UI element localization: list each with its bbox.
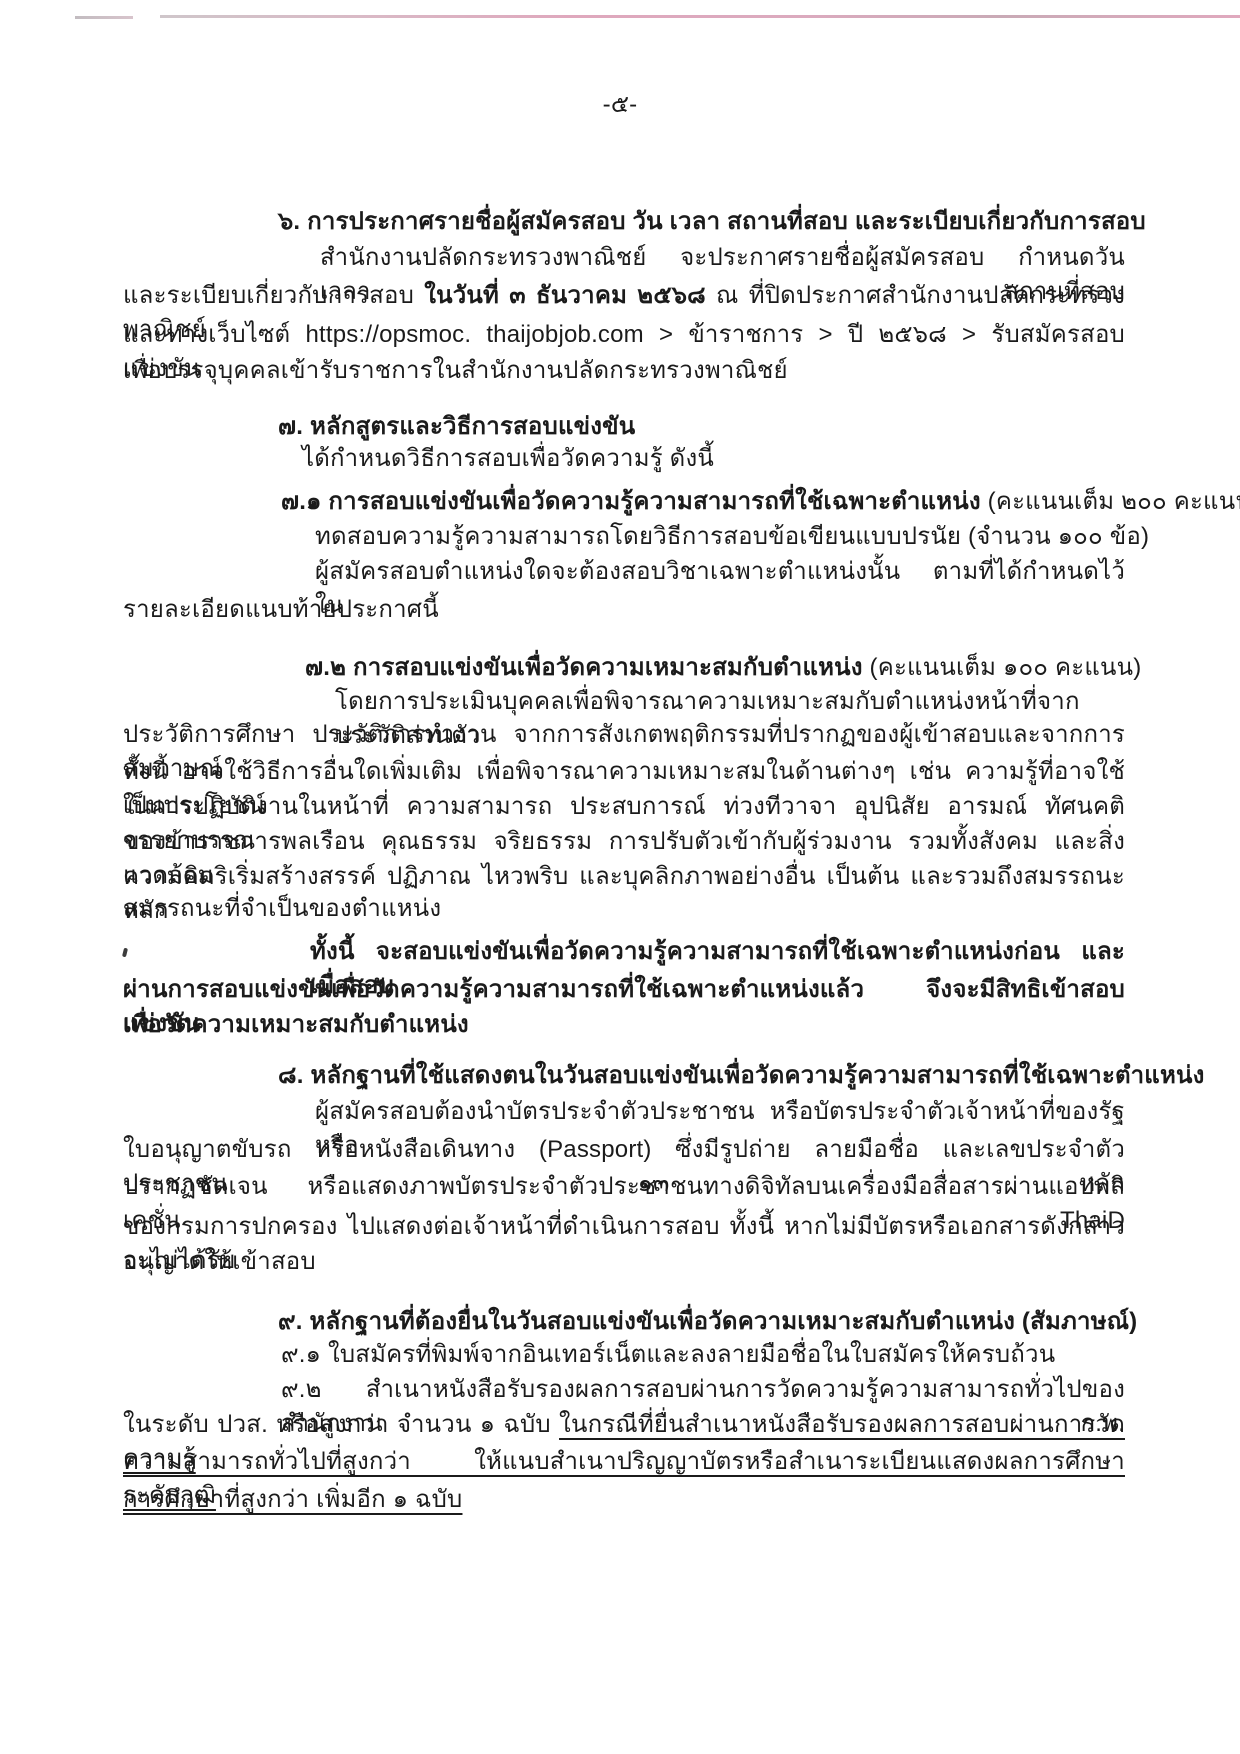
section-7-intro: ได้กำหนดวิธีการสอบเพื่อวัดความรู้ ดังนี้ [302, 442, 714, 476]
scan-speck [122, 948, 128, 958]
section-9-heading: ๙. หลักฐานที่ต้องยื่นในวันสอบแข่งขันเพื่… [278, 1305, 1137, 1339]
page-number: -๕- [0, 88, 1240, 122]
text-segment: ในระดับ ปวส. หรือสูงกว่า จำนวน ๑ ฉบับ [123, 1411, 559, 1438]
section-7-1-title: ๗.๑ การสอบแข่งขันเพื่อวัดความรู้ความสามา… [281, 488, 981, 515]
section-9-item-1: ๙.๑ ใบสมัครที่พิมพ์จากอินเทอร์เน็ตและลงล… [281, 1338, 1055, 1372]
section-7-1-score: (คะแนนเต็ม ๒๐๐ คะแนน) [981, 488, 1240, 515]
section-7-1-title-line: ๗.๑ การสอบแข่งขันเพื่อวัดความรู้ความสามา… [281, 485, 1240, 519]
section-7-note-line-3: เพื่อวัดความเหมาะสมกับตำแหน่ง [123, 1008, 469, 1042]
section-7-2-score: (คะแนนเต็ม ๑๐๐ คะแนน) [863, 654, 1142, 681]
section-7-2-title-line: ๗.๒ การสอบแข่งขันเพื่อวัดความเหมาะสมกับต… [305, 651, 1141, 685]
exam-announcement-date: ในวันที่ ๓ ธันวาคม ๒๕๖๘ [424, 282, 706, 309]
section-6-paragraph-line-4: เพื่อบรรจุบุคคลเข้ารับราชการในสำนักงานปล… [123, 354, 788, 388]
scan-artifact-line-left [75, 16, 133, 19]
section-7-heading: ๗. หลักสูตรและวิธีการสอบแข่งขัน [278, 410, 635, 444]
text-segment: และระเบียบเกี่ยวกับการสอบ [123, 282, 424, 309]
section-8-line-5: อนุญาตให้เข้าสอบ [123, 1245, 316, 1279]
section-8-heading: ๘. หลักฐานที่ใช้แสดงตนในวันสอบแข่งขันเพื… [278, 1059, 1205, 1093]
section-7-1-line-3: รายละเอียดแนบท้ายประกาศนี้ [123, 593, 439, 627]
section-6-heading: ๖. การประกาศรายชื่อผู้สมัครสอบ วัน เวลา … [278, 205, 1146, 239]
section-7-2-line-7: สมรรถนะที่จำเป็นของตำแหน่ง [123, 892, 441, 926]
document-page: -๕- ๖. การประกาศรายชื่อผู้สมัครสอบ วัน เ… [0, 0, 1240, 1754]
section-7-2-title: ๗.๒ การสอบแข่งขันเพื่อวัดความเหมาะสมกับต… [305, 654, 863, 681]
scan-artifact-line [160, 15, 1240, 18]
section-7-1-line-1: ทดสอบความรู้ความสามารถโดยวิธีการสอบข้อเข… [315, 520, 1149, 554]
section-9-item-2-line-4: การศึกษาที่สูงกว่า เพิ่มอีก ๑ ฉบับ [123, 1483, 462, 1517]
